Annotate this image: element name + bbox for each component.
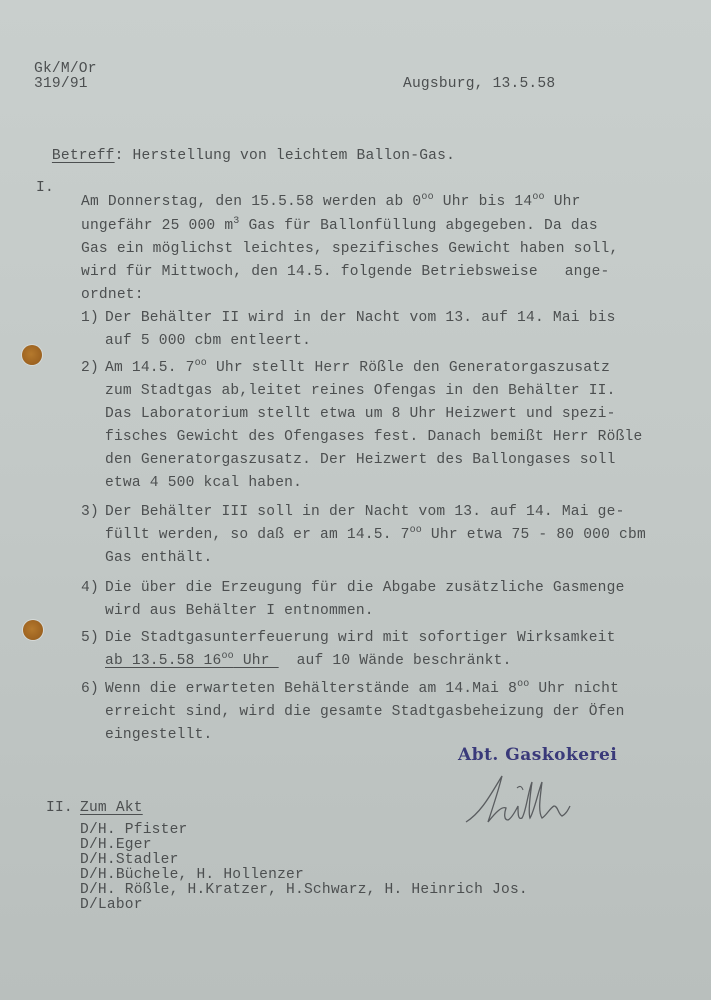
item-number: 5): [81, 630, 99, 646]
intro-line: wird für Mittwoch, den 14.5. folgende Be…: [81, 264, 610, 280]
item-line: erreicht sind, wird die gesamte Stadtgas…: [105, 704, 625, 720]
subject-line: Betreff: Herstellung von leichtem Ballon…: [34, 132, 455, 164]
item-line: etwa 4 500 kcal haben.: [105, 475, 302, 491]
item-line: auf 5 000 cbm entleert.: [105, 333, 311, 349]
section-2-numeral: II.: [46, 800, 73, 816]
section-1-numeral: I.: [36, 180, 54, 196]
department-stamp: Abt. Gaskokerei: [458, 745, 617, 765]
item-number: 1): [81, 310, 99, 326]
item-line: Das Laboratorium stellt etwa um 8 Uhr He…: [105, 406, 616, 422]
place-date: Augsburg, 13.5.58: [403, 76, 555, 92]
subject-text: : Herstellung von leichtem Ballon-Gas.: [115, 148, 455, 164]
item-line: Die Stadtgasunterfeuerung wird mit sofor…: [105, 630, 616, 646]
intro-line: ordnet:: [81, 287, 144, 303]
reference-code: Gk/M/Or: [34, 61, 97, 77]
item-line: eingestellt.: [105, 727, 213, 743]
item-line: Am 14.5. 7oo Uhr stellt Herr Rößle den G…: [105, 360, 610, 376]
item-line: wird aus Behälter I entnommen.: [105, 603, 374, 619]
item-number: 4): [81, 580, 99, 596]
distribution-item: D/H.Eger: [80, 837, 152, 853]
item-line: den Generatorgaszusatz. Der Heizwert des…: [105, 452, 616, 468]
section-2-title: Zum Akt: [80, 800, 143, 816]
item-line: Der Behälter III soll in der Nacht vom 1…: [105, 504, 625, 520]
item-line: ab 13.5.58 16oo Uhr auf 10 Wände beschrä…: [105, 653, 512, 669]
item-line: Wenn die erwarteten Behälterstände am 14…: [105, 681, 619, 697]
signature: Müller: [462, 772, 582, 832]
intro-line: Gas ein möglichst leichtes, spezifisches…: [81, 241, 618, 257]
item-line: Der Behälter II wird in der Nacht vom 13…: [105, 310, 616, 326]
distribution-item: D/H. Pfister: [80, 822, 188, 838]
item-number: 6): [81, 681, 99, 697]
subject-label: Betreff: [52, 148, 115, 164]
intro-line: Am Donnerstag, den 15.5.58 werden ab 0oo…: [81, 194, 581, 210]
item-line: Die über die Erzeugung für die Abgabe zu…: [105, 580, 625, 596]
intro-line: ungefähr 25 000 m3 Gas für Ballonfüllung…: [81, 218, 598, 234]
distribution-item: D/H. Rößle, H.Kratzer, H.Schwarz, H. Hei…: [80, 882, 528, 898]
item-line: zum Stadtgas ab,leitet reines Ofengas in…: [105, 383, 616, 399]
distribution-item: D/Labor: [80, 897, 143, 913]
item-line: fisches Gewicht des Ofengases fest. Dana…: [105, 429, 642, 445]
distribution-item: D/H.Büchele, H. Hollenzer: [80, 867, 304, 883]
punch-hole-top: [22, 345, 42, 365]
item-line: füllt werden, so daß er am 14.5. 7oo Uhr…: [105, 527, 646, 543]
distribution-item: D/H.Stadler: [80, 852, 179, 868]
item-line: Gas enthält.: [105, 550, 213, 566]
item-number: 3): [81, 504, 99, 520]
reference-number: 319/91: [34, 76, 88, 92]
item-number: 2): [81, 360, 99, 376]
punch-hole-bottom: [23, 620, 43, 640]
